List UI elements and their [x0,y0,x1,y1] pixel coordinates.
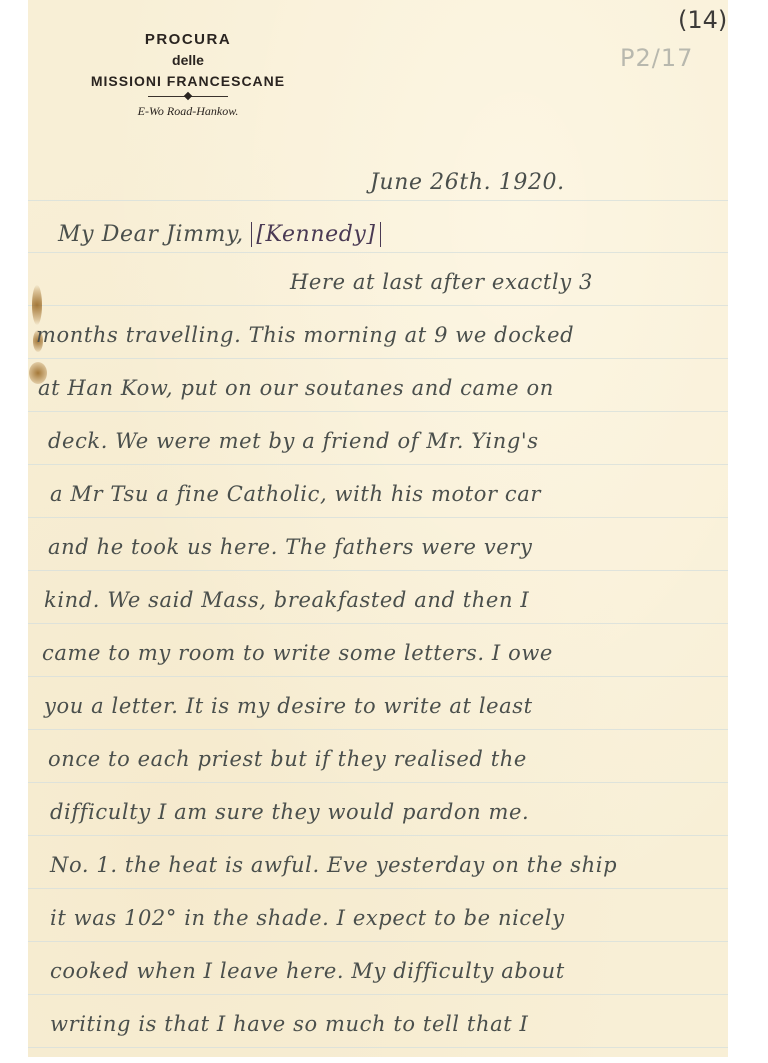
ruled-line [28,729,728,730]
letter-date: June 26th. 1920. [370,170,565,195]
ruled-line [28,888,728,889]
ruled-line [28,676,728,677]
letter-line: Here at last after exactly 3 [290,270,593,294]
page-number-annotation: (14) [678,6,727,34]
letter-line: at Han Kow, put on our soutanes and came… [38,376,554,400]
ruled-line [28,464,728,465]
letter-line: and he took us here. The fathers were ve… [48,535,532,559]
stain-mark [32,285,42,325]
salutation-name-annotation: [Kennedy] [251,222,380,247]
letter-line: months travelling. This morning at 9 we … [36,323,574,347]
letter-line: came to my room to write some letters. I… [42,641,553,665]
letter-line: No. 1. the heat is awful. Eve yesterday … [50,853,617,877]
ruled-line [28,252,728,253]
ruled-line [28,517,728,518]
ruled-line [28,411,728,412]
letterhead-address: E-Wo Road-Hankow. [68,101,308,121]
letter-line: deck. We were met by a friend of Mr. Yin… [48,429,539,453]
ruled-line [28,200,728,201]
ruled-line [28,782,728,783]
letterhead-divider [148,96,228,97]
letter-line: you a letter. It is my desire to write a… [44,694,533,718]
letterhead-title: PROCURA [68,30,308,50]
ruled-line [28,623,728,624]
letter-line: cooked when I leave here. My difficulty … [50,959,565,983]
letter-line: difficulty I am sure they would pardon m… [50,800,529,824]
ruled-line [28,994,728,995]
ruled-line [28,941,728,942]
letter-page: PROCURA delle MISSIONI FRANCESCANE E-Wo … [28,0,728,1057]
salutation-text: My Dear Jimmy, [58,222,244,247]
letterhead-subtitle: delle [68,50,308,70]
letter-line: a Mr Tsu a fine Catholic, with his motor… [50,482,541,506]
letterhead-organization: MISSIONI FRANCESCANE [68,70,308,92]
ruled-line [28,305,728,306]
letter-line: kind. We said Mass, breakfasted and then… [44,588,529,612]
letterhead: PROCURA delle MISSIONI FRANCESCANE E-Wo … [68,30,308,121]
ruled-line [28,358,728,359]
letter-line: writing is that I have so much to tell t… [50,1012,528,1036]
letter-line: once to each priest but if they realised… [48,747,527,771]
ruled-line [28,1047,728,1048]
letter-salutation: My Dear Jimmy, [Kennedy] [58,222,381,247]
ruled-line [28,570,728,571]
letter-line: it was 102° in the shade. I expect to be… [50,906,565,930]
ruled-line [28,835,728,836]
archive-reference: P2/17 [620,44,693,72]
